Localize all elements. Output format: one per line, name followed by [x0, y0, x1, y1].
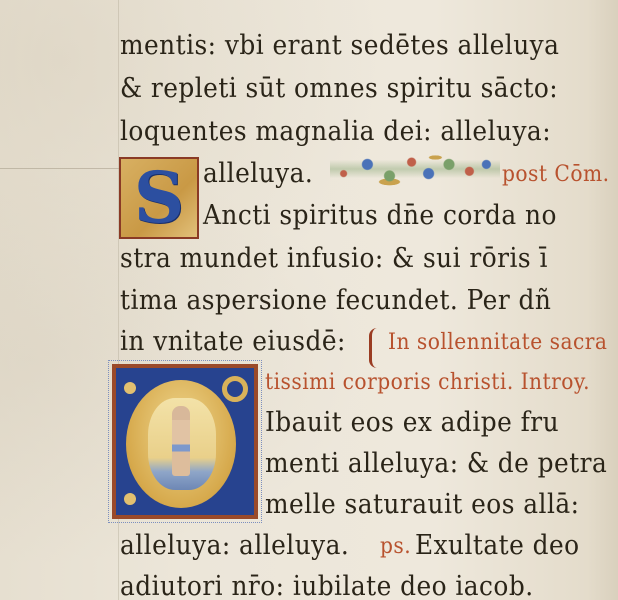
gold-dot	[124, 382, 136, 394]
text-line-14: adiutori nr̄o: iubilate deo iacob.	[120, 571, 534, 600]
parchment-fold	[0, 168, 120, 169]
text-line-12: melle saturauit eos allā:	[265, 489, 579, 520]
letter-curl	[222, 376, 248, 402]
gold-dot	[124, 493, 136, 505]
rubric-sollennitate: In sollennitate sacra	[388, 330, 607, 355]
christ-figure	[172, 406, 190, 476]
floral-vine-decoration	[330, 146, 500, 192]
text-line-13-cont: Exultate deo	[415, 530, 580, 561]
illuminated-initial-s: S	[119, 157, 199, 239]
text-line-11: menti alleluya: & de petra	[265, 448, 607, 479]
rubric-post-com: post Cōm.	[502, 162, 610, 187]
text-line-1: mentis: vbi erant sedētes alleluya	[120, 30, 559, 61]
text-line-3: loquentes magnalia dei: alleluya:	[120, 116, 551, 147]
text-line-4: alleluya.	[203, 158, 313, 189]
rubric-line-9: tissimi corporis christi. Introy.	[265, 370, 590, 395]
manuscript-page: mentis: vbi erant sedētes alleluya & rep…	[0, 0, 618, 600]
text-line-7: tima aspersione fecundet. Per dñ	[120, 285, 551, 316]
red-flourish-initial	[369, 328, 390, 368]
text-line-6: stra mundet infusio: & sui rōris ī	[120, 243, 548, 274]
text-line-2: & repleti sūt omnes spiritu sācto:	[120, 73, 558, 104]
text-line-5: Ancti spiritus dn̄e corda no	[203, 200, 557, 231]
historiated-initial-c	[112, 364, 258, 519]
text-line-10: Ibauit eos ex adipe fru	[265, 407, 559, 438]
rubric-ps: ps.	[380, 534, 411, 559]
text-line-13: alleluya: alleluya.	[120, 530, 349, 561]
initial-letter: S	[134, 163, 185, 233]
text-line-8: in vnitate eiusdē:	[120, 326, 346, 357]
